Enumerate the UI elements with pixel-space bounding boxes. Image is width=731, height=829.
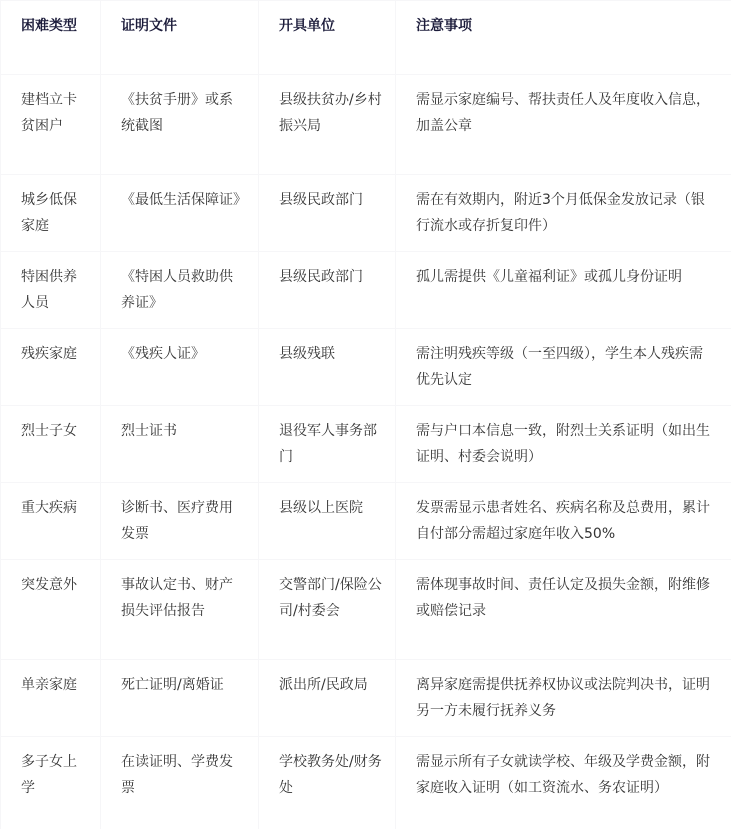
table-row: 烈士子女 烈士证书 退役军人事务部门 需与户口本信息一致，附烈士关系证明（如出生… [1, 406, 731, 483]
table-row: 单亲家庭 死亡证明/离婚证 派出所/民政局 离异家庭需提供抚养权协议或法院判决书… [1, 660, 731, 737]
cell-hardship-type: 单亲家庭 [1, 660, 101, 737]
cell-proof-document: 烈士证书 [101, 406, 259, 483]
cell-hardship-type: 城乡低保家庭 [1, 175, 101, 252]
cell-notes: 需显示所有子女就读学校、年级及学费金额，附家庭收入证明（如工资流水、务农证明） [396, 737, 731, 829]
cell-notes: 需体现事故时间、责任认定及损失金额，附维修或赔偿记录 [396, 560, 731, 660]
cell-notes: 孤儿需提供《儿童福利证》或孤儿身份证明 [396, 252, 731, 329]
table-header-row: 困难类型 证明文件 开具单位 注意事项 [1, 1, 731, 75]
cell-proof-document: 《特困人员救助供养证》 [101, 252, 259, 329]
hardship-proof-table: 困难类型 证明文件 开具单位 注意事项 建档立卡贫困户 《扶贫手册》或系统截图 … [0, 0, 731, 829]
cell-proof-document: 诊断书、医疗费用发票 [101, 483, 259, 560]
cell-hardship-type: 残疾家庭 [1, 329, 101, 406]
cell-issuing-unit: 交警部门/保险公司/村委会 [259, 560, 396, 660]
cell-issuing-unit: 学校教务处/财务处 [259, 737, 396, 829]
cell-hardship-type: 突发意外 [1, 560, 101, 660]
table-row: 残疾家庭 《残疾人证》 县级残联 需注明残疾等级（一至四级），学生本人残疾需优先… [1, 329, 731, 406]
cell-proof-document: 事故认定书、财产损失评估报告 [101, 560, 259, 660]
cell-notes: 需注明残疾等级（一至四级），学生本人残疾需优先认定 [396, 329, 731, 406]
cell-issuing-unit: 派出所/民政局 [259, 660, 396, 737]
cell-hardship-type: 建档立卡贫困户 [1, 75, 101, 175]
table-row: 城乡低保家庭 《最低生活保障证》 县级民政部门 需在有效期内，附近3个月低保金发… [1, 175, 731, 252]
cell-proof-document: 在读证明、学费发票 [101, 737, 259, 829]
header-hardship-type: 困难类型 [1, 1, 101, 75]
header-notes: 注意事项 [396, 1, 731, 75]
cell-proof-document: 死亡证明/离婚证 [101, 660, 259, 737]
cell-hardship-type: 重大疾病 [1, 483, 101, 560]
cell-issuing-unit: 退役军人事务部门 [259, 406, 396, 483]
cell-proof-document: 《残疾人证》 [101, 329, 259, 406]
cell-issuing-unit: 县级民政部门 [259, 252, 396, 329]
table-row: 重大疾病 诊断书、医疗费用发票 县级以上医院 发票需显示患者姓名、疾病名称及总费… [1, 483, 731, 560]
table-row: 建档立卡贫困户 《扶贫手册》或系统截图 县级扶贫办/乡村振兴局 需显示家庭编号、… [1, 75, 731, 175]
cell-notes: 需显示家庭编号、帮扶责任人及年度收入信息，加盖公章 [396, 75, 731, 175]
table-row: 多子女上学 在读证明、学费发票 学校教务处/财务处 需显示所有子女就读学校、年级… [1, 737, 731, 829]
table-row: 特困供养人员 《特困人员救助供养证》 县级民政部门 孤儿需提供《儿童福利证》或孤… [1, 252, 731, 329]
cell-proof-document: 《最低生活保障证》 [101, 175, 259, 252]
header-issuing-unit: 开具单位 [259, 1, 396, 75]
cell-notes: 离异家庭需提供抚养权协议或法院判决书，证明另一方未履行抚养义务 [396, 660, 731, 737]
cell-hardship-type: 多子女上学 [1, 737, 101, 829]
cell-hardship-type: 特困供养人员 [1, 252, 101, 329]
table-row: 突发意外 事故认定书、财产损失评估报告 交警部门/保险公司/村委会 需体现事故时… [1, 560, 731, 660]
cell-issuing-unit: 县级扶贫办/乡村振兴局 [259, 75, 396, 175]
cell-notes: 需在有效期内，附近3个月低保金发放记录（银行流水或存折复印件） [396, 175, 731, 252]
cell-hardship-type: 烈士子女 [1, 406, 101, 483]
cell-proof-document: 《扶贫手册》或系统截图 [101, 75, 259, 175]
header-proof-document: 证明文件 [101, 1, 259, 75]
cell-issuing-unit: 县级民政部门 [259, 175, 396, 252]
cell-notes: 发票需显示患者姓名、疾病名称及总费用，累计自付部分需超过家庭年收入50% [396, 483, 731, 560]
cell-issuing-unit: 县级残联 [259, 329, 396, 406]
cell-issuing-unit: 县级以上医院 [259, 483, 396, 560]
cell-notes: 需与户口本信息一致，附烈士关系证明（如出生证明、村委会说明） [396, 406, 731, 483]
